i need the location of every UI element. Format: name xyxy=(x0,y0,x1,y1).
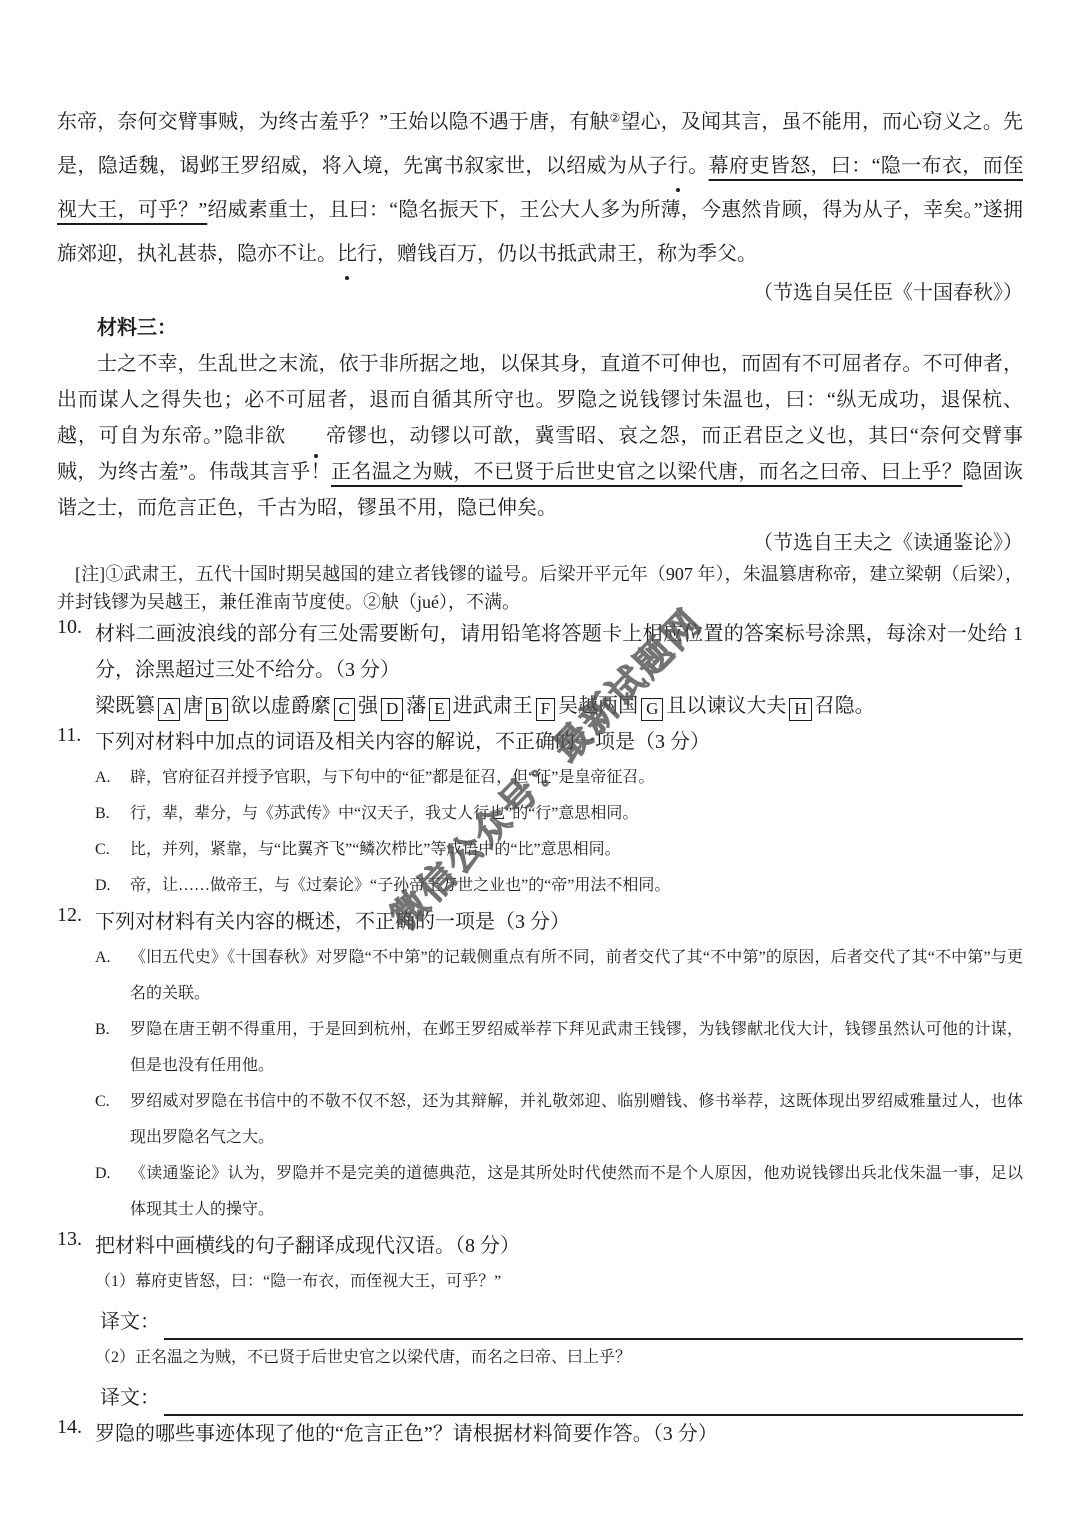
option-text: 行，辈，辈分，与《苏武传》中“汉天子，我丈人行也”的“行”意思相同。 xyxy=(130,805,638,822)
option-text: 比，并列，紧靠，与“比翼齐飞”“鳞次栉比”等成语中的“比”意思相同。 xyxy=(130,841,621,858)
option-text: 帝，让……做帝王，与《过秦论》“子孙帝王万世之业也”的“帝”用法不相同。 xyxy=(130,877,670,894)
question-12-stem: 下列对材料有关内容的概述，不正确的一项是（3 分） xyxy=(95,904,1023,940)
answer-box-F: F xyxy=(536,698,555,721)
question-11-number: 11. xyxy=(57,724,81,747)
answer-box-B: B xyxy=(206,698,227,721)
option-label: B. xyxy=(95,796,110,832)
exam-page: 微信公众号：最新试题网 东帝，奈何交臂事贼，为终古羞乎？”王始以隐不遇于唐，有觖… xyxy=(0,0,1080,1522)
footnote: [注]①武肃王，五代十国时期吴越国的建立者钱镠的谥号。后梁开平元年（907 年）… xyxy=(57,560,1023,616)
subitem-label: （1） xyxy=(95,1273,135,1290)
translation-blank-2: 译文： xyxy=(57,1376,1023,1416)
option-label: A. xyxy=(95,760,111,796)
question-13-stem: 把材料中画横线的句子翻译成现代汉语。（8 分） xyxy=(95,1228,1023,1264)
question-12-option-D: D.《读通鉴论》认为，罗隐并不是完美的道德典范，这是其所处时代使然而不是个人原因… xyxy=(57,1156,1023,1228)
answer-box-C: C xyxy=(334,698,355,721)
source-citation-material3: （节选自王夫之《读通鉴论》） xyxy=(57,526,1023,560)
answer-line xyxy=(164,1386,1023,1416)
question-13: 13. 把材料中画横线的句子翻译成现代汉语。（8 分） xyxy=(57,1228,1023,1264)
material3-heading: 材料三： xyxy=(57,310,1023,346)
question-13-number: 13. xyxy=(57,1228,82,1251)
subitem-text: 幕府吏皆怒，曰：“隐一布衣，而侄视大王，可乎？” xyxy=(135,1273,501,1290)
sentence-segment: 吴越两国 xyxy=(558,695,638,717)
option-label: C. xyxy=(95,832,110,868)
question-12-option-A: A.《旧五代史》《十国春秋》对罗隐“不中第”的记载侧重点有所不同，前者交代了其“… xyxy=(57,940,1023,1012)
option-text: 罗绍威对罗隐在书信中的不敬不仅不怒，还为其辩解，并礼敬郊迎、临别赠钱、修书举荐，… xyxy=(130,1093,1023,1146)
note-ref-2: ② xyxy=(610,111,621,125)
sentence-segment: 强 xyxy=(358,695,378,717)
passage-text: 行，赠钱百万，仍以书抵武肃王，称为季父。 xyxy=(357,243,757,265)
sentence-segment: 进武肃王 xyxy=(453,695,533,717)
question-14-stem: 罗隐的哪些事迹体现了他的“危言正色”？请根据材料简要作答。（3 分） xyxy=(95,1416,1023,1452)
question-12-number: 12. xyxy=(57,904,82,927)
question-11-option-C: C.比，并列，紧靠，与“比翼齐飞”“鳞次栉比”等成语中的“比”意思相同。 xyxy=(57,832,1023,868)
sentence-segment: 欲以虚爵縻 xyxy=(231,695,331,717)
option-text: 《读通鉴论》认为，罗隐并不是完美的道德典范，这是其所处时代使然而不是个人原因，他… xyxy=(130,1165,1023,1218)
passage-material2-end: 东帝，奈何交臂事贼，为终古羞乎？”王始以隐不遇于唐，有觖②望心，及闻其言，虽不能… xyxy=(57,96,1023,276)
question-10-sentence: 梁既篡A唐B欲以虚爵縻C强D藩E进武肃王F吴越两国G且以谏议大夫H召隐。 xyxy=(95,688,1023,724)
translation-blank-1: 译文： xyxy=(57,1300,1023,1340)
option-label: D. xyxy=(95,868,111,904)
question-11-option-B: B.行，辈，辈分，与《苏武传》中“汉天子，我丈人行也”的“行”意思相同。 xyxy=(57,796,1023,832)
source-citation-material2: （节选自吴任臣《十国春秋》） xyxy=(57,276,1023,310)
subitem-label: （2） xyxy=(95,1349,135,1366)
passage-text: 东帝，奈何交臂事贼，为终古羞乎？”王始以隐不遇于唐，有觖 xyxy=(57,111,610,133)
question-12-option-B: B.罗隐在唐王朝不得重用，于是回到杭州，在邺王罗绍威举荐下拜见武肃王钱镠，为钱镠… xyxy=(57,1012,1023,1084)
question-14-number: 14. xyxy=(57,1416,82,1439)
option-text: 罗隐在唐王朝不得重用，于是回到杭州，在邺王罗绍威举荐下拜见武肃王钱镠，为钱镠献北… xyxy=(130,1021,1023,1074)
question-13-item-1: （1）幕府吏皆怒，曰：“隐一布衣，而侄视大王，可乎？” xyxy=(57,1264,1023,1300)
option-text: 《旧五代史》《十国春秋》对罗隐“不中第”的记载侧重点有所不同，前者交代了其“不中… xyxy=(130,949,1023,1002)
question-10: 10. 材料二画波浪线的部分有三处需要断句，请用铅笔将答题卡上相应位置的答案标号… xyxy=(57,616,1023,724)
question-10-number: 10. xyxy=(57,616,82,639)
answer-line xyxy=(164,1310,1023,1340)
passage-text: 。 xyxy=(688,155,709,177)
sentence-segment: 梁既篡 xyxy=(95,695,155,717)
answer-box-G: G xyxy=(641,698,663,721)
question-11: 11. 下列对材料中加点的词语及相关内容的解说，不正确的一项是（3 分） xyxy=(57,724,1023,760)
question-11-stem: 下列对材料中加点的词语及相关内容的解说，不正确的一项是（3 分） xyxy=(95,724,1023,760)
option-label: B. xyxy=(95,1012,110,1048)
passage-material3: 士之不幸，生乱世之末流，依于非所据之地，以保其身，直道不可伸也，而固有不可屈者存… xyxy=(57,346,1023,526)
answer-box-D: D xyxy=(381,698,403,721)
dotted-char-bi: 比 xyxy=(337,232,357,276)
sentence-segment: 藩 xyxy=(406,695,426,717)
question-12: 12. 下列对材料有关内容的概述，不正确的一项是（3 分） xyxy=(57,904,1023,940)
translation-label: 译文： xyxy=(100,1380,160,1416)
question-14: 14. 罗隐的哪些事迹体现了他的“危言正色”？请根据材料简要作答。（3 分） xyxy=(57,1416,1023,1452)
sentence-segment: 唐 xyxy=(183,695,203,717)
dotted-char-xing: 行 xyxy=(668,144,688,188)
subitem-text: 正名温之为贼，不已贤于后世史官之以梁代唐，而名之曰帝、曰上乎？ xyxy=(135,1349,631,1366)
question-12-option-C: C.罗绍威对罗隐在书信中的不敬不仅不怒，还为其辩解，并礼敬郊迎、临别赠钱、修书举… xyxy=(57,1084,1023,1156)
option-label: A. xyxy=(95,940,111,976)
question-11-option-D: D.帝，让……做帝王，与《过秦论》“子孙帝王万世之业也”的“帝”用法不相同。 xyxy=(57,868,1023,904)
sentence-segment: 且以谏议大夫 xyxy=(666,695,786,717)
answer-box-E: E xyxy=(429,698,449,721)
sentence-segment: 召隐。 xyxy=(815,695,875,717)
question-11-option-A: A.辟，官府征召并授予官职，与下句中的“征”都是征召，但“征”是皇帝征召。 xyxy=(57,760,1023,796)
option-label: C. xyxy=(95,1084,110,1120)
answer-box-H: H xyxy=(789,698,811,721)
answer-box-A: A xyxy=(158,698,180,721)
dotted-char-di: 帝 xyxy=(286,418,346,454)
option-label: D. xyxy=(95,1156,111,1192)
question-13-item-2: （2）正名温之为贼，不已贤于后世史官之以梁代唐，而名之曰帝、曰上乎？ xyxy=(57,1340,1023,1376)
underlined-sentence-2: 正名温之为贼，不已贤于后世史官之以梁代唐，而名之曰帝、曰上乎？ xyxy=(331,461,962,483)
page-content: 东帝，奈何交臂事贼，为终古羞乎？”王始以隐不遇于唐，有觖②望心，及闻其言，虽不能… xyxy=(0,0,1080,1452)
translation-label: 译文： xyxy=(100,1304,160,1340)
question-10-stem: 材料二画波浪线的部分有三处需要断句，请用铅笔将答题卡上相应位置的答案标号涂黑，每… xyxy=(95,616,1023,688)
option-text: 辟，官府征召并授予官职，与下句中的“征”都是征召，但“征”是皇帝征召。 xyxy=(130,769,654,786)
